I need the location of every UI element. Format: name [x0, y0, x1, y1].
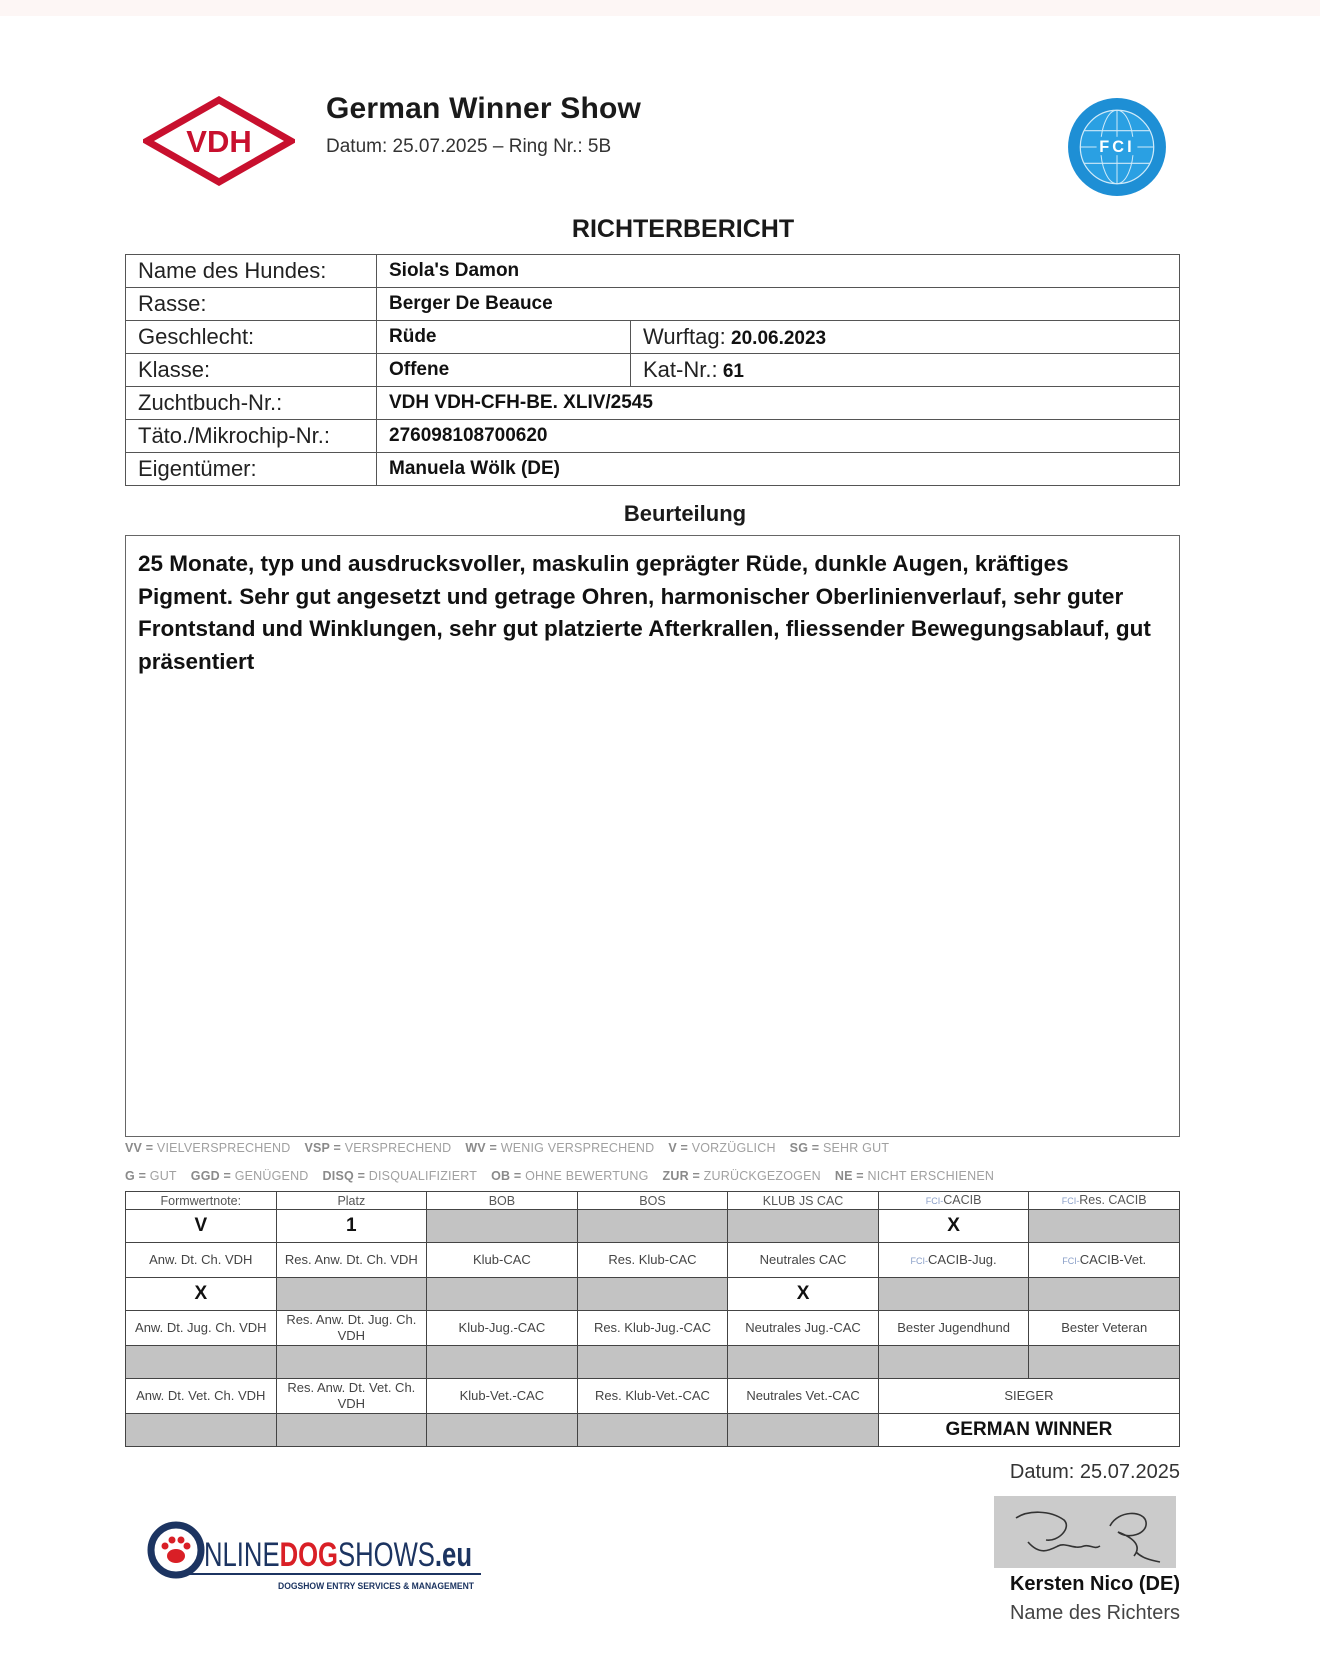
assessment-heading: Beurteilung: [0, 501, 1320, 527]
grid-cell: Neutrales Vet.-CAC: [728, 1379, 879, 1414]
grade-legend-line-2: G = GUTGGD = GENÜGENDDISQ = DISQUALIFIZI…: [125, 1169, 994, 1183]
legend-abbr: WV =: [465, 1141, 497, 1155]
legend-abbr: DISQ =: [323, 1169, 366, 1183]
grid-cell: FCI-CACIB: [878, 1192, 1029, 1210]
grid-cell: [427, 1210, 578, 1243]
grid-cell: [728, 1414, 879, 1447]
grid-cell: Neutrales CAC: [728, 1243, 879, 1278]
catalog-number-cell: Kat-Nr.: 61: [631, 354, 1180, 387]
grid-cell: X: [728, 1278, 879, 1311]
fci-prefix: FCI-: [1062, 1256, 1080, 1266]
svg-text:DOGSHOW ENTRY SERVICES & MANAG: DOGSHOW ENTRY SERVICES & MANAGEMENT: [278, 1581, 474, 1591]
label-class: Klasse:: [126, 354, 377, 387]
grid-cell: Res. Anw. Dt. Jug. Ch. VDH: [276, 1311, 427, 1346]
grid-cell: X: [878, 1210, 1029, 1243]
legend-abbr: NE =: [835, 1169, 864, 1183]
grid-cell: Res. Klub-CAC: [577, 1243, 728, 1278]
grid-cell: Neutrales Jug.-CAC: [728, 1311, 879, 1346]
grid-cell: BOS: [577, 1192, 728, 1210]
svg-text:VDH: VDH: [186, 124, 251, 159]
legend-text: ZURÜCKGEZOGEN: [700, 1169, 821, 1183]
grid-cell: FCI-CACIB-Jug.: [878, 1243, 1029, 1278]
assessment-text: 25 Monate, typ und ausdrucksvoller, mask…: [125, 535, 1180, 1137]
top-strip: [0, 0, 1320, 16]
legend-text: VERSPRECHEND: [341, 1141, 451, 1155]
grid-cell: [427, 1346, 578, 1379]
legend-abbr: ZUR =: [663, 1169, 700, 1183]
info-row-studbook: Zuchtbuch-Nr.: VDH VDH-CFH-BE. XLIV/2545: [126, 387, 1180, 420]
grid-values-row-3: [126, 1346, 1180, 1379]
legend-text: VIELVERSPRECHEND: [153, 1141, 290, 1155]
label-breed: Rasse:: [126, 288, 377, 321]
fci-logo: FCI: [1066, 96, 1168, 198]
grid-cell: Klub-Vet.-CAC: [427, 1379, 578, 1414]
legend-text: WENIG VERSPRECHEND: [497, 1141, 654, 1155]
judge-signature: [994, 1496, 1176, 1568]
value-owner: Manuela Wölk (DE): [377, 453, 1180, 486]
dog-info-table: Name des Hundes: Siola's Damon Rasse: Be…: [125, 254, 1180, 486]
grid-cell: Klub-Jug.-CAC: [427, 1311, 578, 1346]
grid-cell: X: [126, 1278, 277, 1311]
legend-text: SEHR GUT: [819, 1141, 889, 1155]
grid-cell: [577, 1346, 728, 1379]
grid-cell: Klub-CAC: [427, 1243, 578, 1278]
svg-text:NLINEDOGSHOWS.eu: NLINEDOGSHOWS.eu: [204, 1536, 472, 1574]
grid-cell: Res. Klub-Jug.-CAC: [577, 1311, 728, 1346]
judge-role-label: Name des Richters: [1010, 1602, 1180, 1625]
grid-cell: [1029, 1278, 1180, 1311]
legend-abbr: SG =: [790, 1141, 820, 1155]
grid-cell: Anw. Dt. Ch. VDH: [126, 1243, 277, 1278]
birth-date-cell: Wurftag: 20.06.2023: [631, 321, 1180, 354]
grid-cell: [276, 1278, 427, 1311]
value-chip: 276098108700620: [377, 420, 1180, 453]
grid-cell: KLUB JS CAC: [728, 1192, 879, 1210]
grid-cell: [577, 1414, 728, 1447]
grid-labels-row-2: Anw. Dt. Ch. VDHRes. Anw. Dt. Ch. VDHKlu…: [126, 1243, 1180, 1278]
grid-cell: [577, 1278, 728, 1311]
label-studbook: Zuchtbuch-Nr.:: [126, 387, 377, 420]
grid-cell: Anw. Dt. Jug. Ch. VDH: [126, 1311, 277, 1346]
grid-cell: [728, 1346, 879, 1379]
grid-cell: Bester Veteran: [1029, 1311, 1180, 1346]
grid-values-row-1: V1X: [126, 1210, 1180, 1243]
vdh-logo: VDH: [143, 96, 295, 186]
legend-text: NICHT ERSCHIENEN: [864, 1169, 994, 1183]
value-breed: Berger De Beauce: [377, 288, 1180, 321]
grid-cell: [878, 1346, 1029, 1379]
grid-cell: SIEGER: [878, 1379, 1179, 1414]
label-chip: Täto./Mikrochip-Nr.:: [126, 420, 377, 453]
legend-text: OHNE BEWERTUNG: [521, 1169, 648, 1183]
grid-values-row-2: XX: [126, 1278, 1180, 1311]
report-title: RICHTERBERICHT: [0, 215, 1320, 244]
award-grid: Formwertnote:PlatzBOBBOSKLUB JS CACFCI-C…: [125, 1191, 1180, 1447]
legend-abbr: G =: [125, 1169, 146, 1183]
legend-abbr: VV =: [125, 1141, 153, 1155]
grid-cell: 1: [276, 1210, 427, 1243]
legend-text: GENÜGEND: [231, 1169, 309, 1183]
value-class: Offene: [377, 354, 631, 387]
info-row-class: Klasse: Offene Kat-Nr.: 61: [126, 354, 1180, 387]
grid-cell: Res. Anw. Dt. Ch. VDH: [276, 1243, 427, 1278]
show-date-ring: Datum: 25.07.2025 – Ring Nr.: 5B: [326, 136, 611, 158]
label-sex: Geschlecht:: [126, 321, 377, 354]
value-sex: Rüde: [377, 321, 631, 354]
grid-cell: [728, 1210, 879, 1243]
legend-abbr: GGD =: [191, 1169, 231, 1183]
info-row-owner: Eigentümer: Manuela Wölk (DE): [126, 453, 1180, 486]
grid-cell: [276, 1346, 427, 1379]
fci-prefix: FCI-: [911, 1256, 929, 1266]
grid-cell: [577, 1210, 728, 1243]
grid-cell: [427, 1414, 578, 1447]
grid-cell: [1029, 1210, 1180, 1243]
fci-prefix: FCI-: [926, 1196, 944, 1206]
legend-abbr: OB =: [491, 1169, 521, 1183]
signature-date: Datum: 25.07.2025: [1010, 1461, 1180, 1484]
value-dog-name: Siola's Damon: [377, 255, 1180, 288]
grid-labels-row-3: Anw. Dt. Jug. Ch. VDHRes. Anw. Dt. Jug. …: [126, 1311, 1180, 1346]
grid-cell: [1029, 1346, 1180, 1379]
grade-legend-line-1: VV = VIELVERSPRECHENDVSP = VERSPRECHENDW…: [125, 1141, 889, 1155]
grid-labels-row-4: Anw. Dt. Vet. Ch. VDHRes. Anw. Dt. Vet. …: [126, 1379, 1180, 1414]
title-awarded: GERMAN WINNER: [878, 1414, 1179, 1447]
info-row-chip: Täto./Mikrochip-Nr.: 276098108700620: [126, 420, 1180, 453]
info-row-breed: Rasse: Berger De Beauce: [126, 288, 1180, 321]
onlinedogshows-logo: NLINEDOGSHOWS.eu DOGSHOW ENTRY SERVICES …: [146, 1516, 486, 1602]
show-title: German Winner Show: [326, 92, 641, 126]
svg-text:FCI: FCI: [1099, 138, 1134, 156]
grid-header-row: Formwertnote:PlatzBOBBOSKLUB JS CACFCI-C…: [126, 1192, 1180, 1210]
judge-name: Kersten Nico (DE): [1010, 1573, 1180, 1596]
label-owner: Eigentümer:: [126, 453, 377, 486]
grid-cell: [276, 1414, 427, 1447]
grid-cell: [126, 1414, 277, 1447]
info-row-name: Name des Hundes: Siola's Damon: [126, 255, 1180, 288]
legend-text: GUT: [146, 1169, 177, 1183]
grid-cell: Res. Klub-Vet.-CAC: [577, 1379, 728, 1414]
grid-cell: [427, 1278, 578, 1311]
value-studbook: VDH VDH-CFH-BE. XLIV/2545: [377, 387, 1180, 420]
grid-cell: FCI-Res. CACIB: [1029, 1192, 1180, 1210]
grid-cell: [126, 1346, 277, 1379]
grid-cell: V: [126, 1210, 277, 1243]
grid-cell: FCI-CACIB-Vet.: [1029, 1243, 1180, 1278]
label-dog-name: Name des Hundes:: [126, 255, 377, 288]
label-catalog-number: Kat-Nr.:: [643, 357, 718, 382]
legend-abbr: V =: [668, 1141, 688, 1155]
paw-icon: [162, 1537, 191, 1564]
info-row-sex: Geschlecht: Rüde Wurftag: 20.06.2023: [126, 321, 1180, 354]
grid-cell: BOB: [427, 1192, 578, 1210]
grid-cell: Formwertnote:: [126, 1192, 277, 1210]
grid-cell: Res. Anw. Dt. Vet. Ch. VDH: [276, 1379, 427, 1414]
fci-prefix: FCI-: [1062, 1196, 1080, 1206]
grid-cell: Platz: [276, 1192, 427, 1210]
legend-text: DISQUALIFIZIERT: [365, 1169, 477, 1183]
value-catalog-number: 61: [723, 361, 744, 382]
value-birth-date: 20.06.2023: [731, 328, 826, 349]
label-birth-date: Wurftag:: [643, 324, 726, 349]
legend-text: VORZÜGLICH: [688, 1141, 776, 1155]
grid-cell: Anw. Dt. Vet. Ch. VDH: [126, 1379, 277, 1414]
grid-values-row-4: GERMAN WINNER: [126, 1414, 1180, 1447]
grid-cell: Bester Jugendhund: [878, 1311, 1029, 1346]
grid-cell: [878, 1278, 1029, 1311]
legend-abbr: VSP =: [304, 1141, 341, 1155]
